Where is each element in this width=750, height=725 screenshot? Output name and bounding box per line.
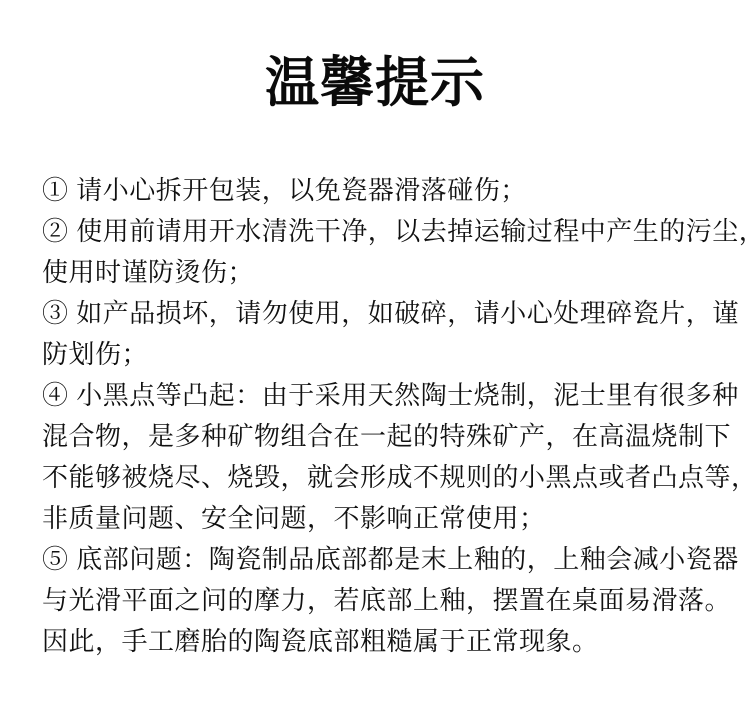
tip-line: 与光滑平面之问的摩力，若底部上釉，摆置在桌面易滑落。 [42, 580, 722, 621]
notice-page: 温馨提示 ① 请小心拆开包装，以免瓷器滑落碰伤；② 使用前请用开水清洗干净，以去… [0, 0, 750, 725]
tip-line: 混合物，是多种矿物组合在一起的特殊矿产，在高温烧制下 [42, 416, 722, 457]
tip-line: ② 使用前请用开水清洗干净，以去掉运输过程中产生的污尘， [42, 211, 722, 252]
tip-line: 使用时谨防烫伤； [42, 252, 722, 293]
tip-line: ④ 小黑点等凸起：由于采用天然陶士烧制，泥士里有很多种 [42, 375, 722, 416]
page-title: 温馨提示 [0, 0, 750, 118]
tip-line: 不能够被烧尽、烧毁，就会形成不规则的小黑点或者凸点等， [42, 457, 722, 498]
tip-line: ① 请小心拆开包装，以免瓷器滑落碰伤； [42, 170, 722, 211]
tip-line: ③ 如产品损坏，请勿使用，如破碎，请小心处理碎瓷片，谨 [42, 293, 722, 334]
tip-line: 非质量问题、安全问题，不影响正常使用； [42, 498, 722, 539]
tips-list: ① 请小心拆开包装，以免瓷器滑落碰伤；② 使用前请用开水清洗干净，以去掉运输过程… [42, 170, 722, 662]
tip-line: 因此，手工磨胎的陶瓷底部粗糙属于正常现象。 [42, 621, 722, 662]
tip-line: 防划伤； [42, 334, 722, 375]
tip-line: ⑤ 底部问题：陶瓷制品底部都是末上釉的，上釉会减小瓷器 [42, 539, 722, 580]
